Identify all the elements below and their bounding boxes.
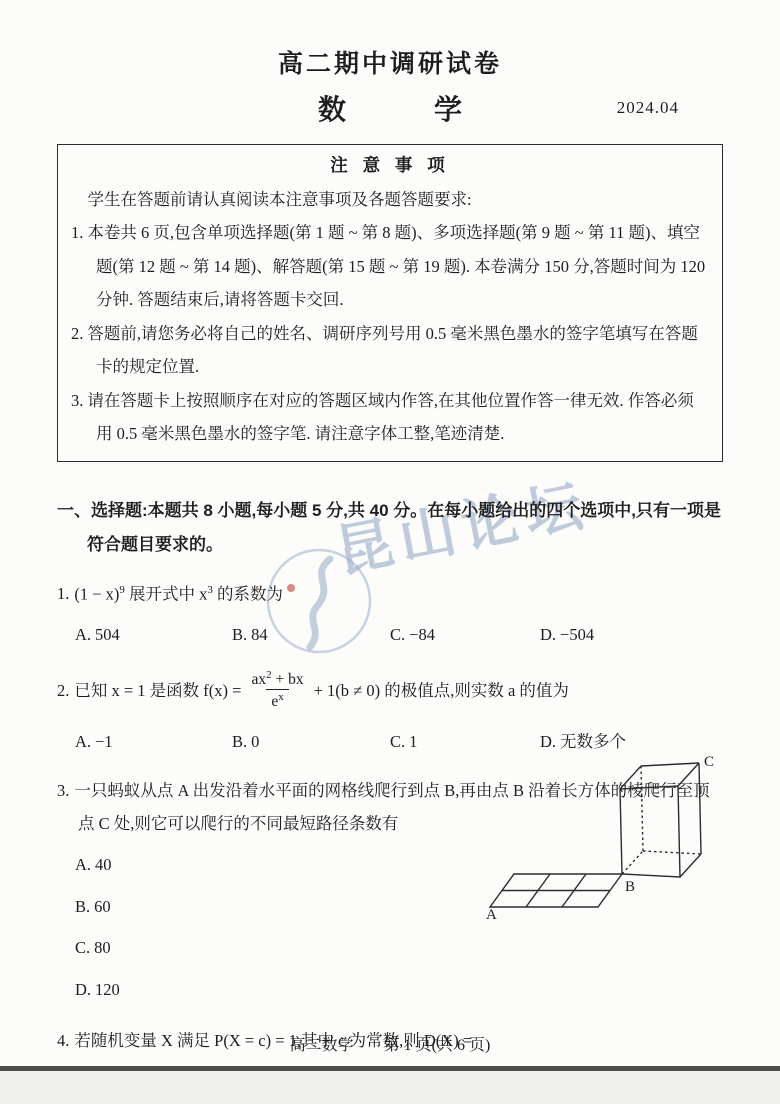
notice-item-1: 1.本卷共 6 页,包含单项选择题(第 1 题 ~ 第 8 题)、多项选择题(第… [71, 216, 709, 317]
notice-item-2: 2.答题前,请您务必将自己的姓名、调研序列号用 0.5 毫米黑色墨水的签字笔填写… [71, 317, 709, 384]
diagram-label-a: A [486, 907, 497, 922]
option-d: D.−504 [540, 618, 723, 651]
section-1-title: 一、选择题:本题共 8 小题,每小题 5 分,共 40 分。在每小题给出的四个选… [57, 494, 723, 562]
q2-stem-text: + 1(b ≠ 0) 的极值点,则实数 a 的值为 [314, 674, 569, 707]
q2-number: 2. [57, 674, 69, 707]
scan-edge-margin [0, 1071, 780, 1104]
notice-item-text: 答题前,请您务必将自己的姓名、调研序列号用 0.5 毫米黑色墨水的签字笔填写在答… [87, 324, 698, 377]
option-d: D.120 [75, 969, 723, 1011]
option-a: A.−1 [75, 725, 232, 758]
option-b: B.84 [232, 618, 390, 651]
question-1: 1.(1 − x)9 展开式中 x3 的系数为 A.504 B.84 C.−84… [57, 574, 723, 652]
q1-number: 1. [57, 584, 69, 603]
option-b: B.0 [232, 725, 390, 758]
option-a: A.504 [75, 618, 232, 651]
notice-item-number: 2. [71, 324, 83, 343]
notice-title: 注 意 事 项 [71, 149, 709, 183]
notice-item-text: 本卷共 6 页,包含单项选择题(第 1 题 ~ 第 8 题)、多项选择题(第 9… [87, 223, 705, 309]
notice-item-number: 3. [71, 391, 83, 410]
exam-paper-page: 昆山论坛 高二期中调研试卷 数 学 2024.04 注 意 事 项 学生在答题前… [0, 0, 780, 1104]
option-c: C.−84 [390, 618, 540, 651]
notice-item-number: 1. [71, 223, 83, 242]
page-footer: 高二数学 第 1 页(共 6 页) [0, 1032, 780, 1055]
q1-stem-text: (1 − x) [74, 584, 119, 603]
q3-number: 3. [57, 781, 69, 800]
page-content: 高二期中调研试卷 数 学 2024.04 注 意 事 项 学生在答题前请认真阅读… [0, 0, 780, 1104]
q2-stem-text: 已知 x = 1 是函数 f(x) = [74, 674, 241, 707]
question-2: 2. 已知 x = 1 是函数 f(x) = ax2 + bx ex + 1(b… [57, 663, 723, 758]
notice-item-text: 请在答题卡上按照顺序在对应的答题区域内作答,在其他位置作答一律无效. 作答必须用… [87, 391, 693, 444]
diagram-label-c: C [704, 754, 714, 770]
q3-cuboid-grid-diagram: A B C [486, 752, 726, 922]
q1-stem-text: 展开式中 x [125, 584, 208, 603]
q2-fraction: ax2 + bx ex [246, 669, 308, 711]
footer-page-number: 第 1 页(共 6 页) [384, 1037, 491, 1054]
fraction-numerator: ax2 + bx [246, 669, 308, 689]
exam-date: 2024.04 [617, 98, 679, 118]
q2-stem: 2. 已知 x = 1 是函数 f(x) = ax2 + bx ex + 1(b… [57, 663, 723, 717]
notice-item-3: 3.请在答题卡上按照顺序在对应的答题区域内作答,在其他位置作答一律无效. 作答必… [71, 384, 709, 451]
subject-row: 数 学 2024.04 [57, 88, 723, 128]
notice-intro: 学生在答题前请认真阅读本注意事项及各题答题要求: [71, 183, 709, 217]
notice-box: 注 意 事 项 学生在答题前请认真阅读本注意事项及各题答题要求: 1.本卷共 6… [57, 144, 723, 462]
option-c: C.80 [75, 927, 723, 969]
fraction-denominator: ex [266, 689, 288, 711]
diagram-label-b: B [625, 879, 635, 895]
q1-options: A.504 B.84 C.−84 D.−504 [57, 618, 723, 651]
exam-title: 高二期中调研试卷 [57, 44, 723, 80]
footer-course: 高二数学 [290, 1037, 354, 1054]
q1-stem-text: 的系数为 [213, 584, 283, 603]
q1-stem: 1.(1 − x)9 展开式中 x3 的系数为 [57, 574, 723, 611]
